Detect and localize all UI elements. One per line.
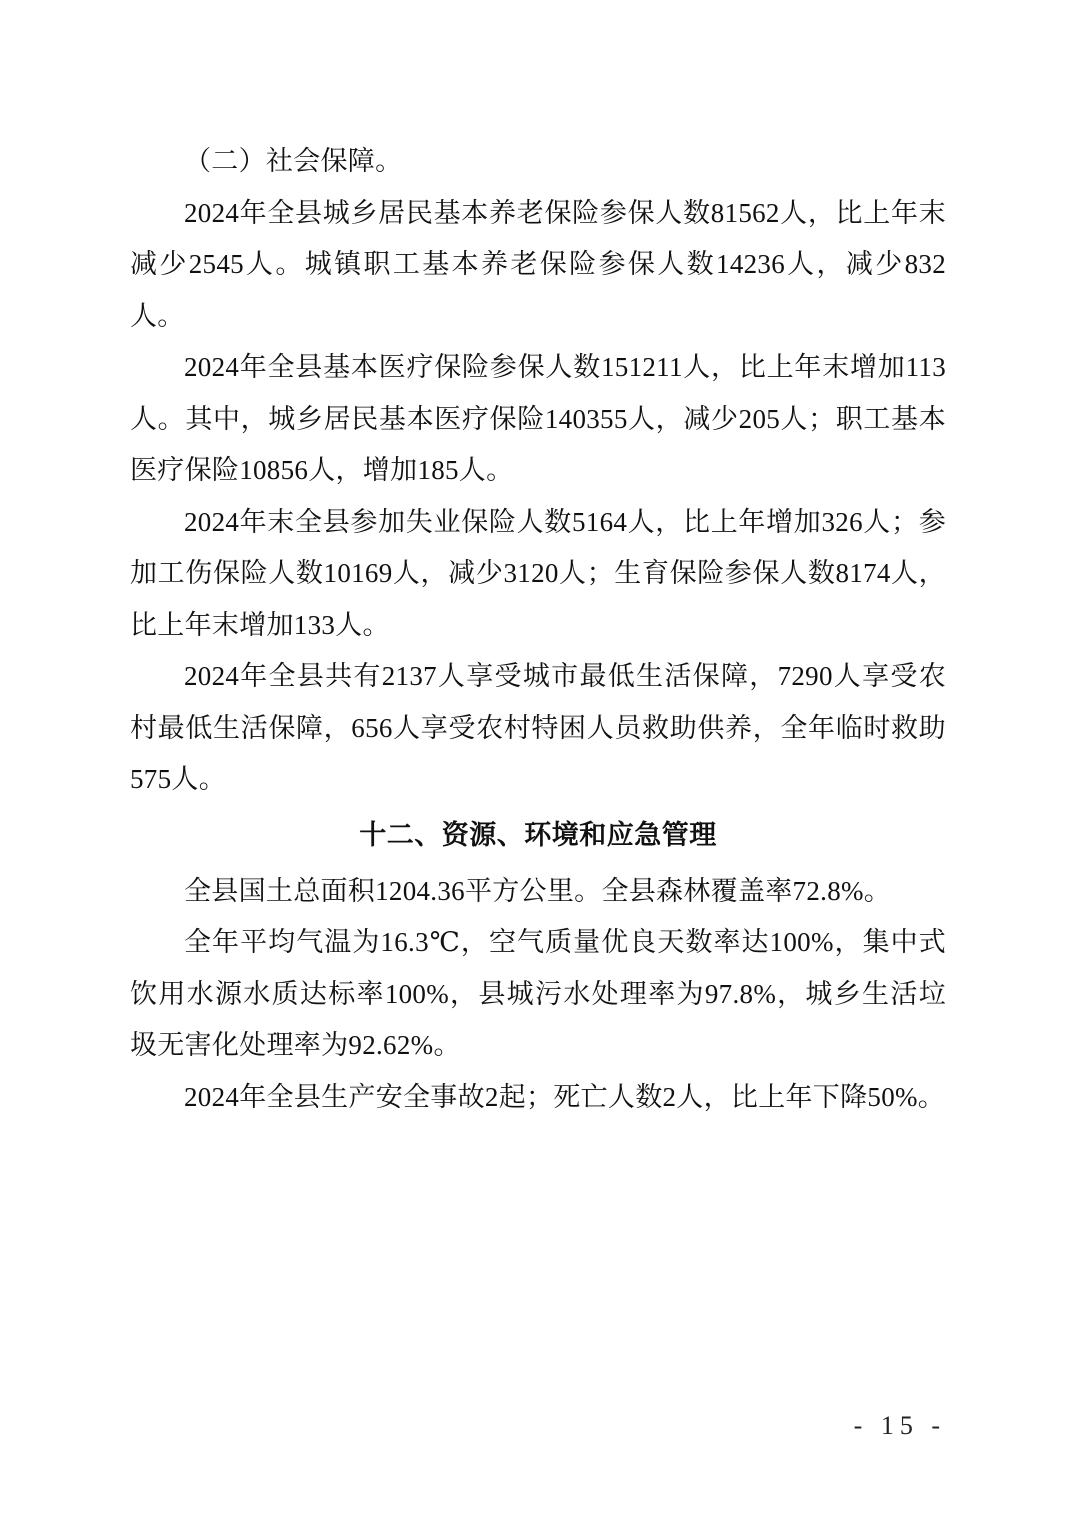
paragraph-production-safety: 2024年全县生产安全事故2起；死亡人数2人，比上年下降50%。	[130, 1072, 946, 1124]
page-number: - 15 -	[854, 1411, 946, 1441]
paragraph-unemployment-injury-maternity-insurance: 2024年末全县参加失业保险人数5164人，比上年增加326人；参加工伤保险人数…	[130, 497, 946, 652]
paragraph-medical-insurance: 2024年全县基本医疗保险参保人数151211人，比上年末增加113人。其中，城…	[130, 342, 946, 497]
paragraph-land-forest: 全县国土总面积1204.36平方公里。全县森林覆盖率72.8%。	[130, 866, 946, 918]
paragraph-pension-insurance: 2024年全县城乡居民基本养老保险参保人数81562人，比上年末减少2545人。…	[130, 188, 946, 343]
paragraph-minimum-living-security: 2024年全县共有2137人享受城市最低生活保障，7290人享受农村最低生活保障…	[130, 651, 946, 806]
subsection-heading: （二）社会保障。	[130, 136, 946, 188]
paragraph-environment-quality: 全年平均气温为16.3℃，空气质量优良天数率达100%，集中式饮用水源水质达标率…	[130, 917, 946, 1072]
section-title: 十二、资源、环境和应急管理	[130, 808, 946, 864]
document-page: （二）社会保障。 2024年全县城乡居民基本养老保险参保人数81562人，比上年…	[130, 136, 946, 1123]
